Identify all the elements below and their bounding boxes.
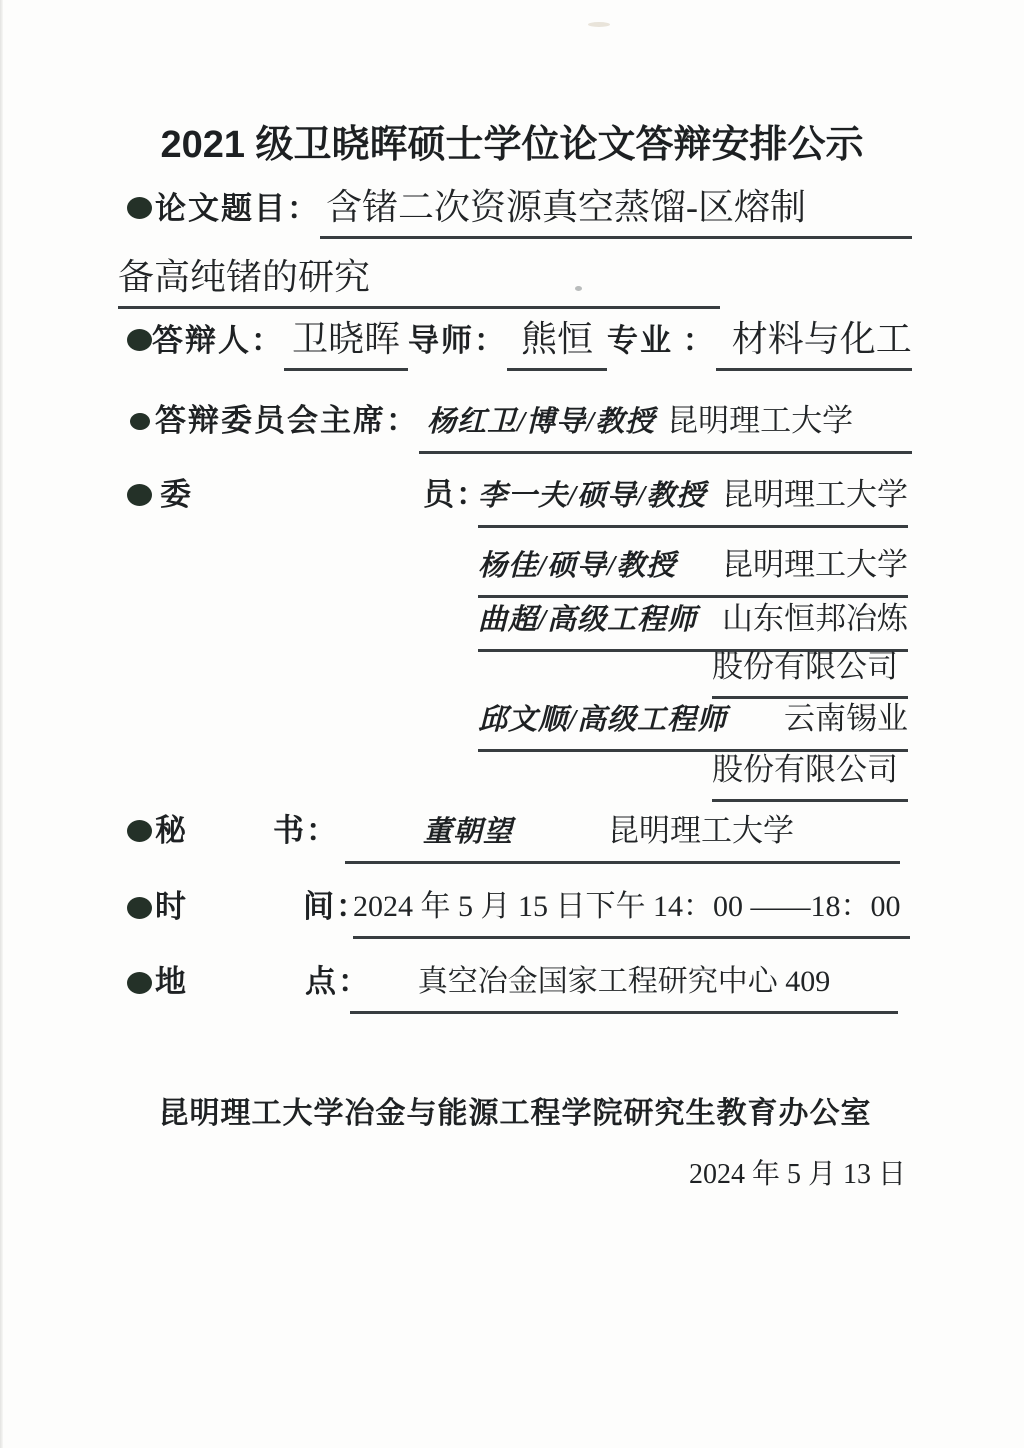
location-label-left: 地 xyxy=(155,959,188,1005)
bullet-icon xyxy=(127,897,152,919)
footer-date: 2024 年 5 月 13 日 xyxy=(120,1153,906,1197)
committee-member-1-org: 昆明理工大学 xyxy=(722,472,908,518)
committee-member-2-name: 杨佳/硕导/教授 xyxy=(478,543,676,589)
committee-member-org-continued: 股份有限公司 xyxy=(712,747,908,802)
committee-member-3-name: 曲超/高级工程师 xyxy=(478,597,697,643)
committee-chair-row: 答辩委员会主席： 杨红卫/博导/教授 昆明理工大学 xyxy=(155,398,912,454)
defender-label: 答辩人： xyxy=(152,318,284,364)
secretary-affiliation: 昆明理工大学 xyxy=(608,808,794,854)
committee-member-1-name: 李一夫/硕导/教授 xyxy=(478,473,706,519)
committee-chair-name: 杨红卫/博导/教授 xyxy=(427,399,655,445)
defender-name: 卫晓晖 xyxy=(284,316,408,371)
major-label: 专业 ： xyxy=(607,318,716,364)
page-title: 2021 级卫晓晖硕士学位论文答辩安排公示 xyxy=(0,122,1024,168)
announcement-page: 2021 级卫晓晖硕士学位论文答辩安排公示 论文题目： 含锗二次资源真空蒸馏-区… xyxy=(0,0,1024,1448)
scan-speck xyxy=(588,22,610,27)
bullet-icon xyxy=(127,972,152,994)
bullet-icon xyxy=(127,197,152,219)
secretary-row: 董朝望 昆明理工大学 xyxy=(345,808,900,864)
bullet-icon xyxy=(130,413,150,430)
committee-chair-affiliation: 昆明理工大学 xyxy=(667,398,853,444)
secretary-label-left: 秘 xyxy=(155,808,188,854)
committee-member-1: 李一夫/硕导/教授 昆明理工大学 xyxy=(478,472,908,528)
committee-member-row: 杨佳/硕导/教授 昆明理工大学 xyxy=(478,542,908,598)
location-value: 真空冶金国家工程研究中心 409 xyxy=(350,959,898,1014)
supervisor-label: 导师： xyxy=(408,318,507,364)
bullet-icon xyxy=(127,820,152,842)
committee-member-4-name: 邱文顺/高级工程师 xyxy=(478,697,727,743)
thesis-title-value-line2: 备高纯锗的研究 xyxy=(118,254,720,309)
committee-chair-label: 答辩委员会主席： xyxy=(155,398,419,444)
committee-member-4-org2: 股份有限公司 xyxy=(712,747,908,802)
time-value: 2024 年 5 月 15 日下午 14：00 ——18：00 xyxy=(353,884,910,939)
supervisor-name: 熊恒 xyxy=(507,316,607,371)
committee-member-3-org: 山东恒邦冶炼 xyxy=(722,596,908,642)
committee-member-2: 杨佳/硕导/教授 昆明理工大学 xyxy=(478,542,908,598)
time-label-left: 时 xyxy=(155,884,188,930)
committee-label-left: 委 xyxy=(160,472,193,518)
committee-chair-value: 杨红卫/博导/教授 昆明理工大学 xyxy=(419,398,912,454)
secretary-label-right: 书： xyxy=(273,808,339,854)
location-row: 真空冶金国家工程研究中心 409 xyxy=(350,959,898,1014)
committee-member-3-org2: 股份有限公司 xyxy=(712,644,908,699)
defender-row: 答辩人： 卫晓晖 导师： 熊恒 专业 ： 材料与化工 xyxy=(152,316,912,371)
major-value: 材料与化工 xyxy=(716,316,912,371)
committee-member-org-continued: 股份有限公司 xyxy=(712,644,908,699)
committee-member-4-org: 云南锡业 xyxy=(784,696,908,742)
time-row: 2024 年 5 月 15 日下午 14：00 ——18：00 xyxy=(353,884,910,939)
committee-member-row: 邱文顺/高级工程师 云南锡业 xyxy=(478,696,908,752)
thesis-title-row: 论文题目： 含锗二次资源真空蒸馏-区熔制 xyxy=(155,184,912,239)
scan-edge-line xyxy=(0,0,3,1448)
thesis-title-row-continued: 备高纯锗的研究 xyxy=(118,254,720,309)
secretary-value: 董朝望 昆明理工大学 xyxy=(345,808,900,864)
footer-office: 昆明理工大学冶金与能源工程学院研究生教育办公室 xyxy=(120,1092,910,1136)
bullet-icon xyxy=(127,484,152,506)
secretary-name: 董朝望 xyxy=(423,809,513,855)
thesis-title-label: 论文题目： xyxy=(155,186,320,232)
committee-member-4: 邱文顺/高级工程师 云南锡业 xyxy=(478,696,908,752)
thesis-title-value-line1: 含锗二次资源真空蒸馏-区熔制 xyxy=(320,184,912,239)
committee-member-row: 李一夫/硕导/教授 昆明理工大学 xyxy=(478,472,908,528)
bullet-icon xyxy=(127,329,152,351)
committee-member-2-org: 昆明理工大学 xyxy=(722,542,908,588)
